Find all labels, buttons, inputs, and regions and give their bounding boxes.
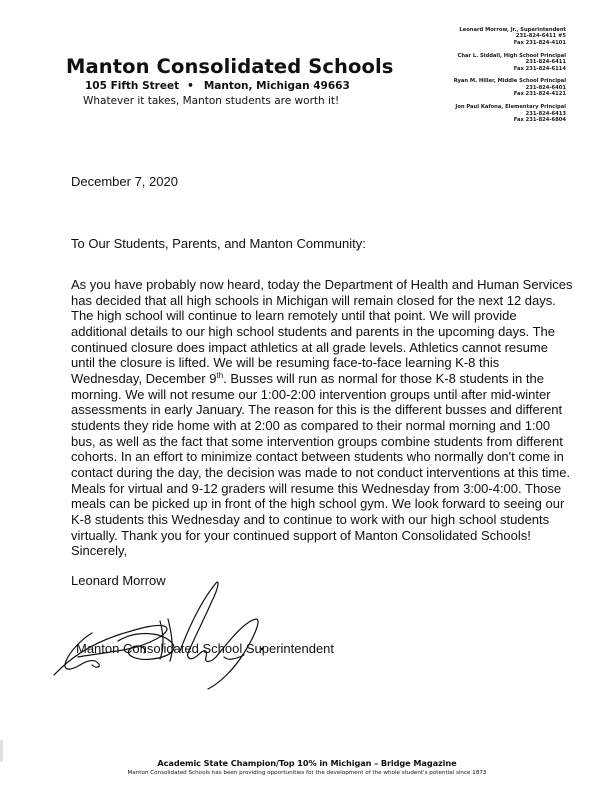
signer-name: Leonard Morrow — [71, 573, 166, 588]
street-address: 105 Fifth Street — [85, 80, 179, 92]
letter-footer: Academic State Champion/Top 10% in Michi… — [0, 758, 614, 777]
letter-closing: Sincerely, — [71, 543, 127, 558]
body-line: until the closure is lifted. We will be … — [71, 355, 591, 371]
body-line: The high school will continue to learn r… — [71, 308, 591, 324]
body-line: continued closure does impact athletics … — [71, 340, 591, 356]
body-line: Wednesday, December 9th. Busses will run… — [71, 371, 591, 387]
footer-history: Manton Consolidated Schools has been pro… — [0, 769, 614, 777]
school-tagline: Whatever it takes, Manton students are w… — [83, 95, 393, 108]
staff-name-title: Jon Paul Kafona, Elementary Principal — [454, 104, 566, 110]
body-line: students they ride home with at 2:00 as … — [71, 418, 591, 434]
staff-entry-middle-school-principal: Ryan M. Hiller, Middle School Principal … — [454, 78, 566, 97]
letterhead: Manton Consolidated Schools 105 Fifth St… — [66, 56, 393, 108]
letter-salutation: To Our Students, Parents, and Manton Com… — [71, 236, 366, 251]
body-text-fragment: Wednesday, December 9 — [71, 371, 216, 386]
body-line: assessments in early January. The reason… — [71, 402, 591, 418]
body-line: Meals for virtual and 9-12 graders will … — [71, 481, 591, 497]
city-state-zip: Manton, Michigan 49663 — [204, 80, 350, 92]
body-line: contact during the day, the decision was… — [71, 465, 591, 481]
body-line: has decided that all high schools in Mic… — [71, 293, 591, 309]
staff-entry-elementary-principal: Jon Paul Kafona, Elementary Principal 23… — [454, 104, 566, 123]
address-separator: • — [187, 80, 194, 93]
body-text-fragment: . Busses will run as normal for those K-… — [223, 371, 544, 386]
staff-directory: Leonard Morrow, Jr., Superintendent 231-… — [454, 27, 566, 130]
signer-title: Manton Consolidated School Superintenden… — [76, 641, 334, 656]
school-address: 105 Fifth Street•Manton, Michigan 49663 — [85, 80, 393, 93]
letter-body: As you have probably now heard, today th… — [71, 277, 591, 543]
body-line: K-8 students this Wednesday and to conti… — [71, 512, 591, 528]
body-line: meals can be picked up in front of the h… — [71, 496, 591, 512]
staff-fax: Fax 231-824-6114 — [454, 66, 566, 72]
letter-date: December 7, 2020 — [71, 174, 178, 189]
body-line: additional details to our high school st… — [71, 324, 591, 340]
staff-fax: Fax 231-824-4101 — [454, 40, 566, 46]
body-line: morning. We will not resume our 1:00-2:0… — [71, 387, 591, 403]
staff-name-title: Ryan M. Hiller, Middle School Principal — [454, 78, 566, 84]
staff-fax: Fax 231-824-4121 — [454, 91, 566, 97]
staff-entry-high-school-principal: Char L. Siddall, High School Principal 2… — [454, 53, 566, 72]
school-name: Manton Consolidated Schools — [66, 56, 393, 78]
scan-edge-mark — [0, 740, 3, 762]
staff-entry-superintendent: Leonard Morrow, Jr., Superintendent 231-… — [454, 27, 566, 46]
footer-award: Academic State Champion/Top 10% in Michi… — [0, 758, 614, 768]
body-line: cohorts. In an effort to minimize contac… — [71, 449, 591, 465]
body-line: bus, as well as the fact that some inter… — [71, 434, 591, 450]
staff-fax: Fax 231-824-6804 — [454, 117, 566, 123]
body-line: As you have probably now heard, today th… — [71, 277, 591, 293]
handwritten-signature-icon — [48, 575, 278, 690]
body-line: virtually. Thank you for your continued … — [71, 528, 591, 544]
